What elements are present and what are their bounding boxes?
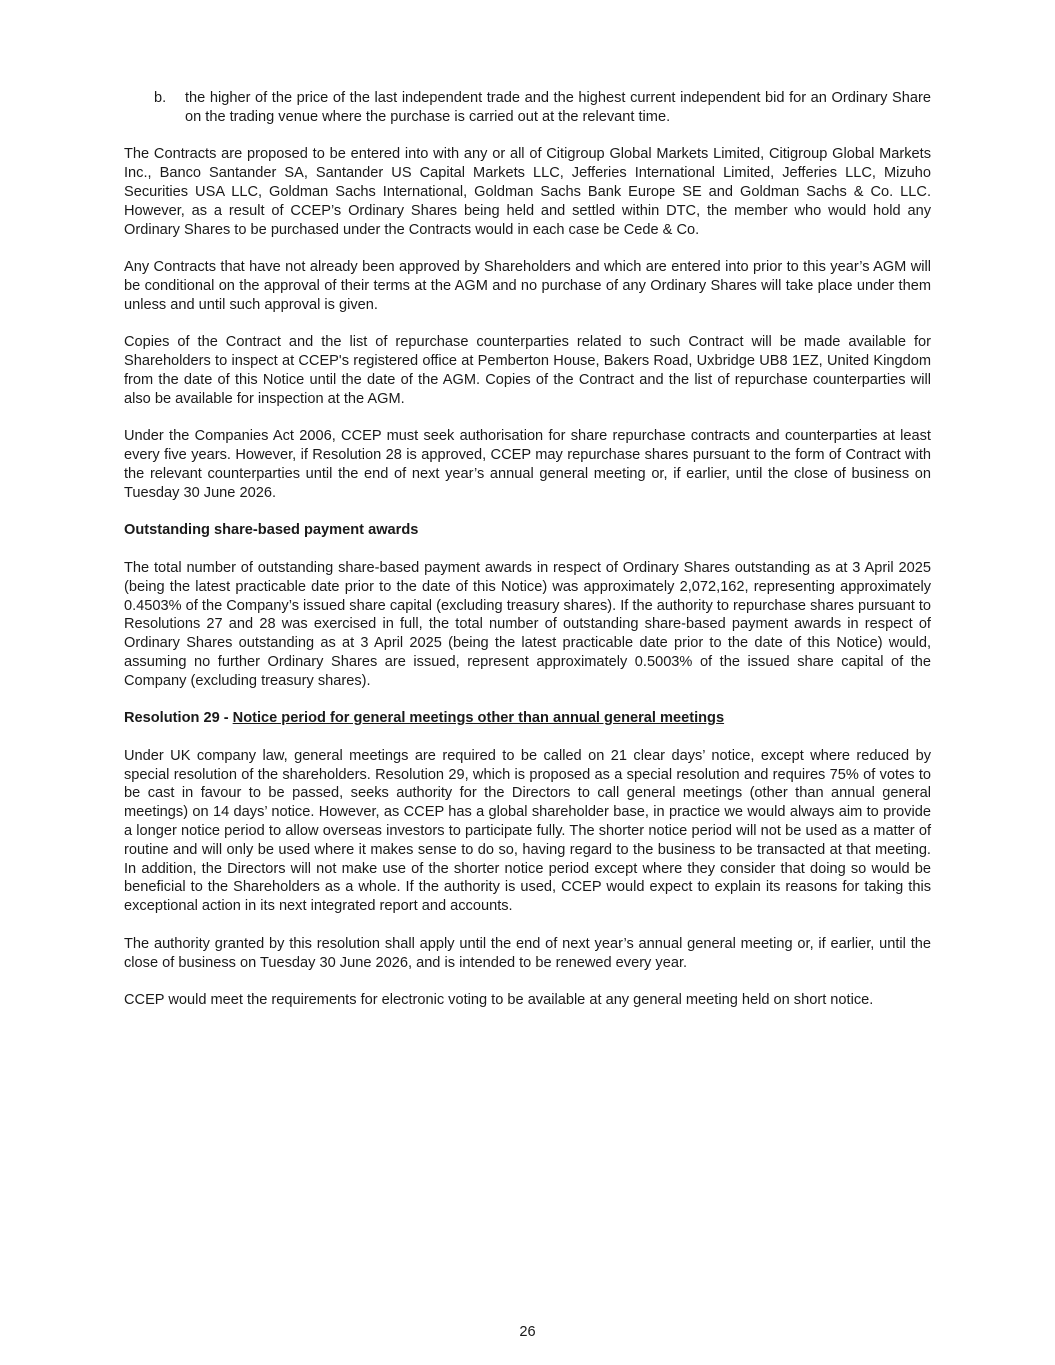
section-heading-awards: Outstanding share-based payment awards bbox=[124, 521, 931, 540]
paragraph-contract-inspection: Copies of the Contract and the list of r… bbox=[124, 333, 931, 408]
list-item-text: the higher of the price of the last inde… bbox=[185, 89, 931, 127]
paragraph-companies-act: Under the Companies Act 2006, CCEP must … bbox=[124, 427, 931, 502]
paragraph-awards: The total number of outstanding share-ba… bbox=[124, 559, 931, 691]
document-page: b. the higher of the price of the last i… bbox=[124, 89, 931, 1029]
paragraph-authority-duration: The authority granted by this resolution… bbox=[124, 935, 931, 973]
paragraph-electronic-voting: CCEP would meet the requirements for ele… bbox=[124, 991, 931, 1010]
paragraph-notice-period: Under UK company law, general meetings a… bbox=[124, 747, 931, 916]
list-marker: b. bbox=[124, 89, 185, 127]
resolution-29-title: Notice period for general meetings other… bbox=[233, 710, 724, 726]
section-heading-resolution-29: Resolution 29 - Notice period for genera… bbox=[124, 709, 931, 728]
resolution-29-prefix: Resolution 29 - bbox=[124, 710, 233, 726]
page-number: 26 bbox=[0, 1324, 1055, 1340]
list-item-b: b. the higher of the price of the last i… bbox=[124, 89, 931, 127]
paragraph-contract-approval: Any Contracts that have not already been… bbox=[124, 258, 931, 314]
paragraph-counterparties: The Contracts are proposed to be entered… bbox=[124, 145, 931, 239]
